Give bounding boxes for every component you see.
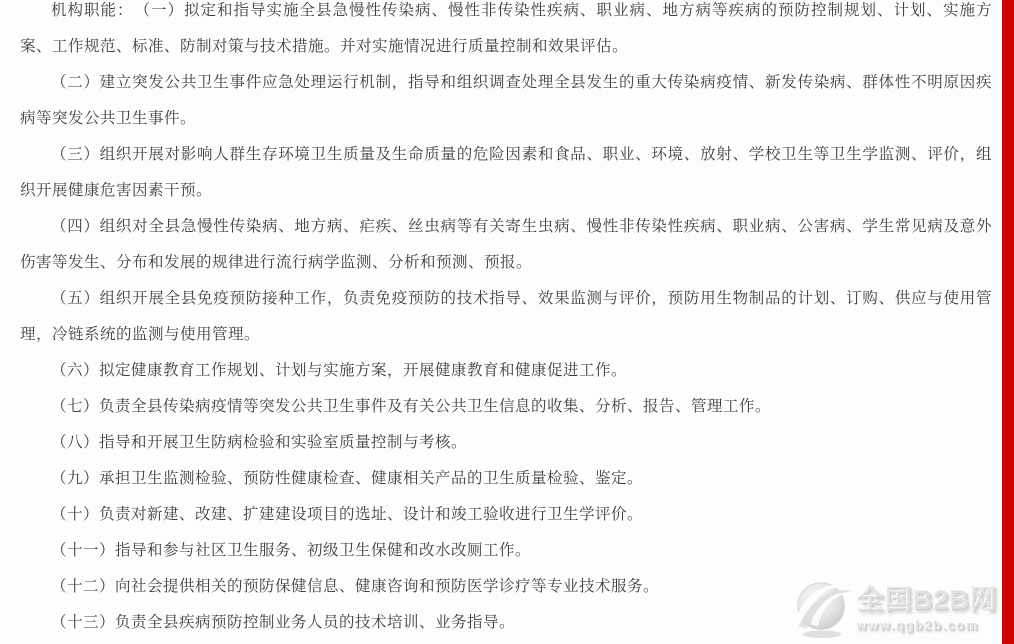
- paragraph-11: （十一）指导和参与社区卫生服务、初级卫生保健和改水改厕工作。: [20, 533, 992, 569]
- paragraph-1: 机构职能： （一）拟定和指导实施全县急慢性传染病、慢性非传染性疾病、职业病、地方…: [20, 0, 992, 65]
- paragraph-13: （十三）负责全县疾病预防控制业务人员的技术培训、业务指导。: [20, 605, 992, 641]
- right-accent-stripe: [1002, 0, 1014, 644]
- paragraph-8: （八）指导和开展卫生防病检验和实验室质量控制与考核。: [20, 425, 992, 461]
- paragraph-6: （六）拟定健康教育工作规划、计划与实施方案，开展健康教育和健康促进工作。: [20, 353, 992, 389]
- paragraph-2: （二）建立突发公共卫生事件应急处理运行机制，指导和组织调查处理全县发生的重大传染…: [20, 65, 992, 137]
- paragraph-12: （十二）向社会提供相关的预防保健信息、健康咨询和预防医学诊疗等专业技术服务。: [20, 569, 992, 605]
- paragraph-7: （七）负责全县传染病疫情等突发公共卫生事件及有关公共卫生信息的收集、分析、报告、…: [20, 389, 992, 425]
- paragraph-3: （三）组织开展对影响人群生存环境卫生质量及生命质量的危险因素和食品、职业、环境、…: [20, 137, 992, 209]
- paragraph-5: （五）组织开展全县免疫预防接种工作，负责免疫预防的技术指导、效果监测与评价，预防…: [20, 281, 992, 353]
- page: 机构职能： （一）拟定和指导实施全县急慢性传染病、慢性非传染性疾病、职业病、地方…: [0, 0, 1014, 644]
- paragraph-9: （九）承担卫生监测检验、预防性健康检查、健康相关产品的卫生质量检验、鉴定。: [20, 461, 992, 497]
- paragraph-4: （四）组织对全县急慢性传染病、地方病、疟疾、丝虫病等有关寄生虫病、慢性非传染性疾…: [20, 209, 992, 281]
- document-body: 机构职能： （一）拟定和指导实施全县急慢性传染病、慢性非传染性疾病、职业病、地方…: [20, 0, 992, 641]
- paragraph-10: （十）负责对新建、改建、扩建建设项目的选址、设计和竣工验收进行卫生学评价。: [20, 497, 992, 533]
